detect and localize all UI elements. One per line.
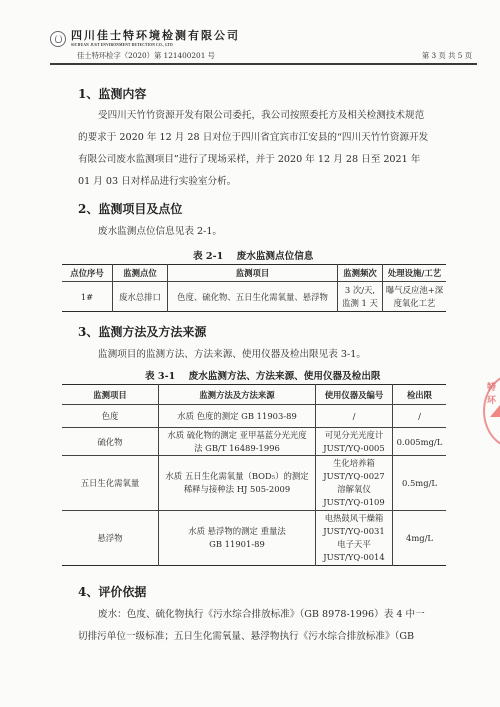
cell-frequency: 3 次/天, 监测 1 天 xyxy=(338,282,383,312)
section-4-body: 废水：色度、硫化物执行《污水综合排放标准》（GB 8978-1996）表 4 中… xyxy=(78,604,433,648)
cell-item: 悬浮物 xyxy=(62,511,159,566)
th-facility: 处理设施/工艺 xyxy=(383,265,447,282)
th-method: 监测方法及方法来源 xyxy=(159,385,316,405)
page-indicator: 第 3 页 共 5 页 xyxy=(422,51,472,61)
company-name-cn: 四川佳士特环境检测有限公司 xyxy=(71,30,240,42)
seal-text: 特环 xyxy=(487,380,500,406)
th-item: 监测项目 xyxy=(62,385,159,405)
cell-method: 水质 硫化物的测定 亚甲基蓝分光光度 法 GB/T 16489-1996 xyxy=(159,428,316,456)
th-detection-limit: 检出限 xyxy=(393,385,447,405)
table-2-1-caption: 表 2-1 废水监测点位信息 xyxy=(193,248,313,262)
cell-method: 水质 五日生化需氧量（BOD₅）的测定 稀释与接种法 HJ 505-2009 xyxy=(159,456,316,511)
th-instrument: 使用仪器及编号 xyxy=(316,385,393,405)
header-divider xyxy=(50,63,477,65)
cell-instrument: 电热鼓风干燥箱 JUST/YQ-0031 电子天平 JUST/YQ-0014 xyxy=(316,511,393,566)
cell-detection-limit: 0.5mg/L xyxy=(393,456,447,511)
section-3-intro: 监测项目的监测方法、方法来源、使用仪器及检出限见表 3-1。 xyxy=(98,344,366,366)
seal-star-icon xyxy=(490,405,500,417)
company-name-en: SICHUAN JUST ENVIRONMENT DETECTION CO., … xyxy=(71,43,240,48)
cell-item: 色度 xyxy=(62,405,159,428)
section-2-title: 2、监测项目及点位 xyxy=(78,200,182,217)
cell-monitoring-items: 色度、硫化物、五日生化需氧量、悬浮物 xyxy=(168,282,338,312)
table-row: 色度 水质 色度的测定 GB 11903-89 / / xyxy=(62,405,446,428)
company-brand: 四川佳士特环境检测有限公司 SICHUAN JUST ENVIRONMENT D… xyxy=(50,30,477,48)
th-point-location: 监测点位 xyxy=(113,265,168,282)
cell-method: 水质 色度的测定 GB 11903-89 xyxy=(159,405,316,428)
cell-item: 硫化物 xyxy=(62,428,159,456)
th-frequency: 监测频次 xyxy=(338,265,383,282)
table-row: 硫化物 水质 硫化物的测定 亚甲基蓝分光光度 法 GB/T 16489-1996… xyxy=(62,428,446,456)
th-monitoring-items: 监测项目 xyxy=(168,265,338,282)
section-4-title: 4、评价依据 xyxy=(78,583,146,600)
table-row: 悬浮物 水质 悬浮物的测定 重量法 GB 11901-89 电热鼓风干燥箱 JU… xyxy=(62,511,446,566)
cell-facility: 曝气反应池+深 度氧化工艺 xyxy=(383,282,447,312)
cell-detection-limit: / xyxy=(393,405,447,428)
section-1-body: 受四川天竹竹资源开发有限公司委托，我公司按照委托方及相关检测技术规范的要求于 2… xyxy=(78,105,433,193)
cell-detection-limit: 0.005mg/L xyxy=(393,428,447,456)
table-2-1-monitoring-points: 点位序号 监测点位 监测项目 监测频次 处理设施/工艺 1# 废水总排口 色度、… xyxy=(62,264,446,312)
cell-item: 五日生化需氧量 xyxy=(62,456,159,511)
cell-instrument: / xyxy=(316,405,393,428)
table-row: 1# 废水总排口 色度、硫化物、五日生化需氧量、悬浮物 3 次/天, 监测 1 … xyxy=(62,282,446,312)
section-2-intro: 废水监测点位信息见表 2-1。 xyxy=(98,221,222,243)
table-row: 五日生化需氧量 水质 五日生化需氧量（BOD₅）的测定 稀释与接种法 HJ 50… xyxy=(62,456,446,511)
table-3-1-caption: 表 3-1 废水监测方法、方法来源、使用仪器及检出限 xyxy=(145,368,381,382)
company-logo-icon xyxy=(50,31,66,47)
document-header: 四川佳士特环境检测有限公司 SICHUAN JUST ENVIRONMENT D… xyxy=(50,30,477,65)
cell-point-location: 废水总排口 xyxy=(113,282,168,312)
report-number: 佳士特环检字（2020）第 121400201 号 xyxy=(77,51,215,61)
cell-instrument: 可见分光光度计 JUST/YQ-0005 xyxy=(316,428,393,456)
th-point-no: 点位序号 xyxy=(62,265,113,282)
section-3-title: 3、监测方法及方法来源 xyxy=(78,323,206,340)
table-3-1-methods: 监测项目 监测方法及方法来源 使用仪器及编号 检出限 色度 水质 色度的测定 G… xyxy=(62,384,446,566)
cell-instrument: 生化培养箱 JUST/YQ-0027 溶解氧仪 JUST/YQ-0109 xyxy=(316,456,393,511)
cell-point-no: 1# xyxy=(62,282,113,312)
cell-detection-limit: 4mg/L xyxy=(393,511,447,566)
section-1-title: 1、监测内容 xyxy=(78,85,146,102)
cell-method: 水质 悬浮物的测定 重量法 GB 11901-89 xyxy=(159,511,316,566)
